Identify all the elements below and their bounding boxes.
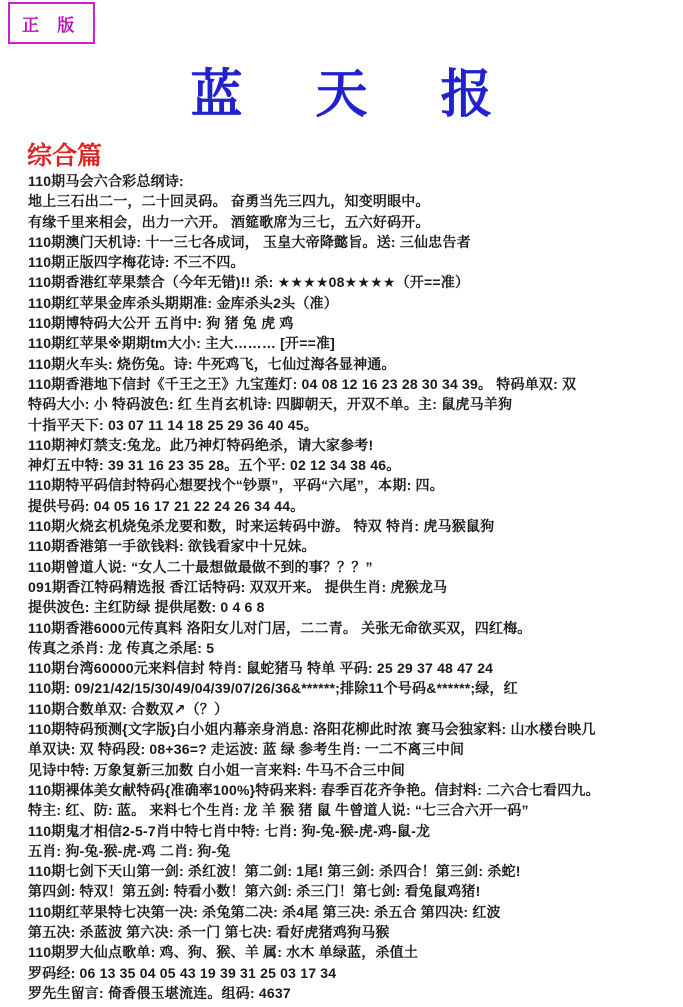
paper-title: 蓝 天 报: [160, 52, 522, 127]
newspaper-page: 正 版 蓝 天 报 综合篇 110期马会六合彩总纲诗:地上三石出二一，二十回灵码…: [0, 0, 683, 1007]
text-line: 提供号码: 04 05 16 17 21 22 24 26 34 44。: [28, 496, 676, 516]
text-line: 110期罗大仙点歌单: 鸡、狗、猴、羊 属: 水木 单绿蓝，杀值土: [28, 942, 676, 962]
text-line: 110期博特码大公开 五肖中: 狗 猪 兔 虎 鸡: [28, 313, 676, 333]
text-line: 110期香港红苹果禁合（今年无错)!! 杀: ★★★★08★★★★（开==准）: [28, 272, 676, 292]
text-line: 神灯五中特: 39 31 16 23 35 28。五个平: 02 12 34 3…: [28, 455, 676, 475]
text-line: 见诗中特: 万象复新三加数 白小姐一言来料: 牛马不合三中间: [28, 760, 676, 780]
text-line: 110期红苹果特七决第一决: 杀兔第二决: 杀4尾 第三决: 杀五合 第四决: …: [28, 902, 676, 922]
text-line: 传真之杀肖: 龙 传真之杀尾: 5: [28, 638, 676, 658]
text-line: 十指平天下: 03 07 11 14 18 25 29 36 40 45。: [28, 415, 676, 435]
text-line: 110期澳门天机诗: 十一三七各成词， 玉皇大帝降懿旨。送: 三仙忠告者: [28, 232, 676, 252]
text-line: 110期合数单双: 合数双↗（？）: [28, 699, 676, 719]
text-line: 091期香江特码精选报 香江话特码: 双双开来。 提供生肖: 虎猴龙马: [28, 577, 676, 597]
text-line: 110期香港第一手欲钱料: 欲钱看家中十兄妹。: [28, 536, 676, 556]
authentic-badge: 正 版: [8, 2, 95, 44]
text-line: 特主: 红、防: 蓝。 来料七个生肖: 龙 羊 猴 猪 鼠 牛曾道人说: “七三…: [28, 800, 676, 820]
text-line: 罗先生留言: 倚香偎玉堪流连。组码: 4637: [28, 983, 676, 1003]
text-line: 第四剑: 特双！第五剑: 特看小数！第六剑: 杀三门！第七剑: 看兔鼠鸡猪!: [28, 881, 676, 901]
text-line: 110期曾道人说: “女人二十最想做最做不到的事？？？”: [28, 557, 676, 577]
text-line: 110期红苹果※期期tm大小: 主大……… [开==准]: [28, 333, 676, 353]
text-line: 110期鬼才相信2-5-7肖中特七肖中特: 七肖: 狗-兔-猴-虎-鸡-鼠-龙: [28, 821, 676, 841]
text-line: 提供波色: 主红防绿 提供尾数: 0 4 6 8: [28, 597, 676, 617]
text-line: 110期台湾60000元来料信封 特肖: 鼠蛇猪马 特单 平码: 25 29 3…: [28, 658, 676, 678]
text-line: 110期火烧玄机烧兔杀龙要和数，时来运转码中游。 特双 特肖: 虎马猴鼠狗: [28, 516, 676, 536]
text-line: 罗码经: 06 13 35 04 05 43 19 39 31 25 03 17…: [28, 963, 676, 983]
text-line: 110期神灯禁支:兔龙。此乃神灯特码绝杀，请大家参考!: [28, 435, 676, 455]
text-line: 110期香港地下信封《千王之王》九宝莲灯: 04 08 12 16 23 28 …: [28, 374, 676, 394]
section-heading: 综合篇: [27, 136, 102, 172]
text-line: 110期七剑下天山第一剑: 杀红波！第二剑: 1尾! 第三剑: 杀四合！第三剑:…: [28, 861, 676, 881]
authentic-badge-label: 正 版: [22, 16, 81, 35]
text-line: 110期裸体美女献特码{准确率100%}特码来料: 春季百花齐争艳。信封料: 二…: [28, 780, 676, 800]
text-line: 110期: 09/21/42/15/30/49/04/39/07/26/36&*…: [28, 678, 676, 698]
text-line: 五肖: 狗-兔-猴-虎-鸡 二肖: 狗-兔: [28, 841, 676, 861]
text-line: 有缘千里来相会，出力一六开。 酒筵歌席为三七，五六好码开。: [28, 212, 676, 232]
text-line: 单双诀: 双 特码段: 08+36=? 走运波: 蓝 绿 参考生肖: 一二不离三…: [28, 739, 676, 759]
text-line: 110期马会六合彩总纲诗:: [28, 171, 676, 191]
text-line: 地上三石出二一，二十回灵码。 奋勇当先三四九，知变明眼中。: [28, 191, 676, 211]
text-line: 110期红苹果金库杀头期期准: 金库杀头2头（准）: [28, 293, 676, 313]
text-line: 110期火车头: 烧伤兔。诗: 牛死鸡飞，七仙过海各显神通。: [28, 354, 676, 374]
text-line: 110期特平码信封特码心想要找个“钞票”，平码“六尾”，本期: 四。: [28, 475, 676, 495]
text-line: 110期特码预测{文字版}白小姐内幕亲身消息: 洛阳花柳此时浓 赛马会独家料: …: [28, 719, 676, 739]
masthead: 蓝 天 报: [0, 52, 683, 127]
text-line: 第五决: 杀蓝波 第六决: 杀一门 第七决: 看好虎猪鸡狗马猴: [28, 922, 676, 942]
text-line: 特码大小: 小 特码波色: 红 生肖玄机诗: 四脚朝天，开双不单。主: 鼠虎马羊…: [28, 394, 676, 414]
text-line: 110期正版四字梅花诗: 不三不四。: [28, 252, 676, 272]
content-lines: 110期马会六合彩总纲诗:地上三石出二一，二十回灵码。 奋勇当先三四九，知变明眼…: [28, 171, 676, 1003]
text-line: 110期香港6000元传真料 洛阳女儿对门居，二二青。 关张无命欲买双，四红梅。: [28, 618, 676, 638]
